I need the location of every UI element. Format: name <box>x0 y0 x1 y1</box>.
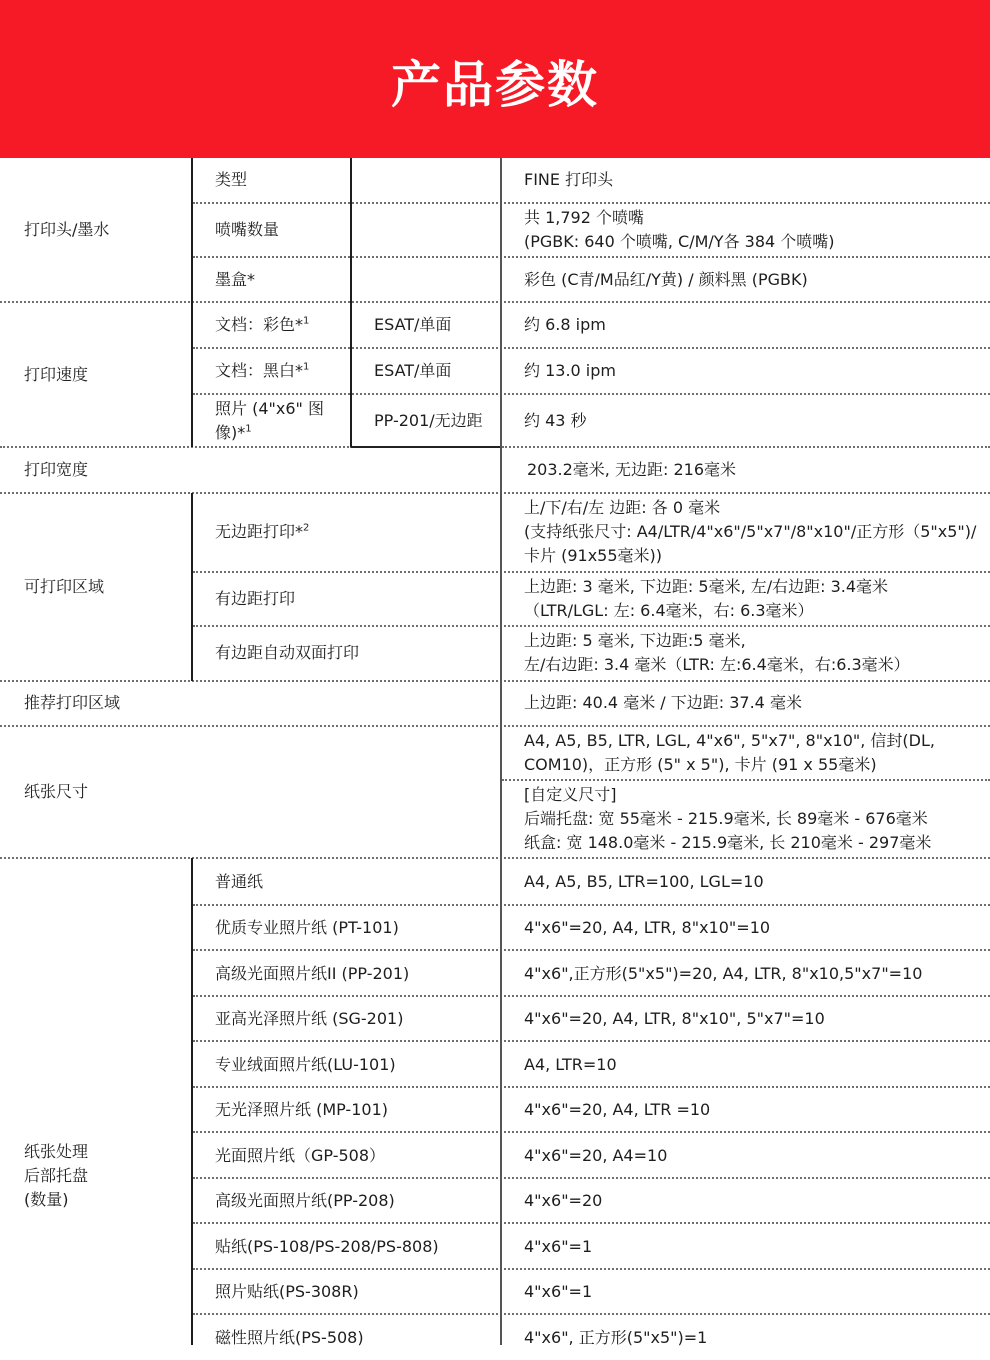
value-text: 上边距: 40.4 毫米 / 下边距: 37.4 毫米 <box>524 691 802 715</box>
value-text: [自定义尺寸] 后端托盘: 宽 55毫米 - 215.9毫米, 长 89毫米 -… <box>524 783 931 855</box>
value-text: 4"x6",正方形(5"x5")=20, A4, LTR, 8"x10,5"x7… <box>524 962 922 986</box>
section-label-printhead: 打印头/墨水 <box>0 158 191 302</box>
label-text: 照片贴纸(PS-308R) <box>215 1280 359 1304</box>
value-text: 约 6.8 ipm <box>524 313 606 337</box>
column-divider <box>350 302 352 447</box>
row-label: 专业绒面照片纸(LU-101) <box>193 1042 500 1087</box>
row-value: 约 13.0 ipm <box>502 348 990 394</box>
label-text: 普通纸 <box>215 870 263 894</box>
label-text: 亚高光泽照片纸 (SG-201) <box>215 1007 403 1031</box>
row-divider <box>193 347 990 349</box>
label-text: 纸张处理 后部托盘 (数量) <box>24 1140 88 1212</box>
value-text: 4"x6"=20 <box>524 1189 602 1213</box>
value-text: 4"x6"=20, A4, LTR, 8"x10"=10 <box>524 916 770 940</box>
column-divider <box>191 302 193 447</box>
label-text: 打印宽度 <box>24 458 88 482</box>
row-label: 照片贴纸(PS-308R) <box>193 1269 500 1314</box>
row-value: 上边距: 3 毫米, 下边距: 5毫米, 左/右边距: 3.4毫米 （LTR/L… <box>502 572 990 625</box>
label-text: 有边距自动双面打印 <box>215 641 359 665</box>
value-text: 4"x6", 正方形(5"x5")=1 <box>524 1326 707 1346</box>
mode-text: PP-201/无边距 <box>374 409 483 433</box>
row-divider <box>193 1177 990 1179</box>
section-label-area: 可打印区域 <box>0 493 191 680</box>
value-text: 上边距: 5 毫米, 下边距:5 毫米, 左/右边距: 3.4 毫米（LTR: … <box>524 629 910 677</box>
row-label: 亚高光泽照片纸 (SG-201) <box>193 996 500 1041</box>
row-label: 无光泽照片纸 (MP-101) <box>193 1087 500 1132</box>
value-text: A4, A5, B5, LTR, LGL, 4"x6", 5"x7", 8"x1… <box>524 729 935 777</box>
row-divider <box>193 1313 990 1315</box>
value-text: 203.2毫米, 无边距: 216毫米 <box>527 458 736 482</box>
label-text: 打印速度 <box>24 363 88 387</box>
value-text: 约 13.0 ipm <box>524 359 616 383</box>
column-divider <box>191 158 193 302</box>
row-label: 有边距打印 <box>193 572 500 625</box>
header-banner: 产品参数 <box>0 0 990 158</box>
row-value: 共 1,792 个喷嘴 (PGBK: 640 个喷嘴, C/M/Y各 384 个… <box>502 204 990 256</box>
row-divider <box>193 1131 990 1133</box>
label-text: 专业绒面照片纸(LU-101) <box>215 1053 396 1077</box>
value-text: 4"x6"=20, A4=10 <box>524 1144 667 1168</box>
row-label: 高级光面照片纸II (PP-201) <box>193 951 500 996</box>
row-label: 照片 (4"x6" 图 像)*1 <box>193 394 350 447</box>
label-text: 无边距打印*2 <box>215 520 309 544</box>
row-value: 上边距: 5 毫米, 下边距:5 毫米, 左/右边距: 3.4 毫米（LTR: … <box>502 626 990 680</box>
row-value: A4, A5, B5, LTR=100, LGL=10 <box>502 859 990 904</box>
row-value: 4"x6"=20, A4, LTR, 8"x10", 5"x7"=10 <box>502 996 990 1041</box>
label-text: 纸张尺寸 <box>24 780 88 804</box>
row-divider <box>193 1040 990 1042</box>
row-divider <box>193 1222 990 1224</box>
section-label-speed: 打印速度 <box>0 302 191 447</box>
row-value: 约 43 秒 <box>502 394 990 447</box>
row-divider <box>502 779 990 781</box>
row-mode: PP-201/无边距 <box>352 394 500 447</box>
row-value: 4"x6",正方形(5"x5")=20, A4, LTR, 8"x10,5"x7… <box>502 951 990 996</box>
mode-text: ESAT/单面 <box>374 313 451 337</box>
value-text: 4"x6"=1 <box>524 1280 592 1304</box>
column-divider <box>191 858 193 1345</box>
row-value: 4"x6"=20, A4, LTR, 8"x10"=10 <box>502 905 990 950</box>
section-label-paper-handling: 纸张处理 后部托盘 (数量) <box>0 859 191 1345</box>
value-text: 共 1,792 个喷嘴 (PGBK: 640 个喷嘴, C/M/Y各 384 个… <box>524 206 835 254</box>
row-label: 无边距打印*2 <box>193 493 500 571</box>
value-text: 4"x6"=1 <box>524 1235 592 1259</box>
row-label: 贴纸(PS-108/PS-208/PS-808) <box>193 1224 500 1269</box>
section-label-width: 打印宽度 <box>0 447 500 493</box>
label-text: 文档：彩色*1 <box>215 313 309 337</box>
row-label: 墨盒* <box>193 258 350 302</box>
row-value: FINE 打印头 <box>502 158 990 202</box>
value-text: 上边距: 3 毫米, 下边距: 5毫米, 左/右边距: 3.4毫米 （LTR/L… <box>524 575 888 623</box>
row-value: 上边距: 40.4 毫米 / 下边距: 37.4 毫米 <box>502 681 990 725</box>
row-label: 文档：黑白*1 <box>193 348 350 394</box>
row-label: 类型 <box>193 158 350 202</box>
mode-text: ESAT/单面 <box>374 359 451 383</box>
row-divider <box>193 904 990 906</box>
label-text: 高级光面照片纸II (PP-201) <box>215 962 409 986</box>
label-text: 磁性照片纸(PS-508) <box>215 1326 364 1346</box>
row-divider <box>193 1086 990 1088</box>
row-value: [自定义尺寸] 后端托盘: 宽 55毫米 - 215.9毫米, 长 89毫米 -… <box>502 781 990 857</box>
label-text: 贴纸(PS-108/PS-208/PS-808) <box>215 1235 439 1259</box>
label-text: 打印头/墨水 <box>24 218 109 242</box>
value-text: A4, LTR=10 <box>524 1053 617 1077</box>
row-divider <box>193 625 990 627</box>
row-value: 上/下/右/左 边距: 各 0 毫米 (支持纸张尺寸: A4/LTR/4"x6"… <box>502 493 990 571</box>
column-divider <box>500 158 502 1345</box>
row-label: 有边距自动双面打印 <box>193 626 500 680</box>
row-label: 喷嘴数量 <box>193 204 350 256</box>
column-divider <box>191 493 193 681</box>
label-text: 可打印区域 <box>24 575 104 599</box>
value-text: FINE 打印头 <box>524 168 613 192</box>
label-text: 高级光面照片纸(PP-208) <box>215 1189 395 1213</box>
label-text: 喷嘴数量 <box>215 218 279 242</box>
value-text: 4"x6"=20, A4, LTR =10 <box>524 1098 710 1122</box>
page-title: 产品参数 <box>391 41 599 117</box>
row-label: 文档：彩色*1 <box>193 302 350 348</box>
row-divider <box>193 393 990 395</box>
row-divider <box>193 949 990 951</box>
row-label: 普通纸 <box>193 859 500 904</box>
row-divider <box>193 256 990 258</box>
row-label: 磁性照片纸(PS-508) <box>193 1315 500 1345</box>
row-value: 4"x6"=1 <box>502 1224 990 1269</box>
value-text: 上/下/右/左 边距: 各 0 毫米 (支持纸张尺寸: A4/LTR/4"x6"… <box>524 496 976 568</box>
value-text: A4, A5, B5, LTR=100, LGL=10 <box>524 870 764 894</box>
row-value: A4, A5, B5, LTR, LGL, 4"x6", 5"x7", 8"x1… <box>502 727 990 779</box>
section-label-paper-size: 纸张尺寸 <box>0 726 500 858</box>
label-text: 光面照片纸（GP-508） <box>215 1144 385 1168</box>
label-text: 墨盒* <box>215 268 255 292</box>
value-text: 彩色 (C青/M品红/Y黄) / 颜料黑 (PGBK) <box>524 268 808 292</box>
row-value: 约 6.8 ipm <box>502 302 990 348</box>
row-value: 4"x6"=20, A4=10 <box>502 1133 990 1178</box>
label-text: 文档：黑白*1 <box>215 359 309 383</box>
label-text: 推荐打印区域 <box>24 691 120 715</box>
row-value: 4"x6"=1 <box>502 1269 990 1314</box>
label-text: 优质专业照片纸 (PT-101) <box>215 916 399 940</box>
row-value: 203.2毫米, 无边距: 216毫米 <box>502 447 990 493</box>
row-divider <box>193 995 990 997</box>
row-label: 光面照片纸（GP-508） <box>193 1133 500 1178</box>
label-text: 无光泽照片纸 (MP-101) <box>215 1098 388 1122</box>
column-divider <box>350 158 352 302</box>
row-value: A4, LTR=10 <box>502 1042 990 1087</box>
label-text: 照片 (4"x6" 图 像)*1 <box>215 397 324 445</box>
row-value: 4"x6", 正方形(5"x5")=1 <box>502 1315 990 1345</box>
row-divider <box>193 571 990 573</box>
label-text: 类型 <box>215 168 247 192</box>
value-text: 约 43 秒 <box>524 409 587 433</box>
row-mode: ESAT/单面 <box>352 348 500 394</box>
row-divider <box>193 202 990 204</box>
row-value: 4"x6"=20, A4, LTR =10 <box>502 1087 990 1132</box>
value-text: 4"x6"=20, A4, LTR, 8"x10", 5"x7"=10 <box>524 1007 825 1031</box>
row-label: 优质专业照片纸 (PT-101) <box>193 905 500 950</box>
label-text: 有边距打印 <box>215 587 295 611</box>
row-divider <box>193 1268 990 1270</box>
row-value: 4"x6"=20 <box>502 1178 990 1223</box>
section-label-recommended: 推荐打印区域 <box>0 681 500 725</box>
row-mode: ESAT/单面 <box>352 302 500 348</box>
row-value: 彩色 (C青/M品红/Y黄) / 颜料黑 (PGBK) <box>502 258 990 302</box>
row-label: 高级光面照片纸(PP-208) <box>193 1178 500 1223</box>
